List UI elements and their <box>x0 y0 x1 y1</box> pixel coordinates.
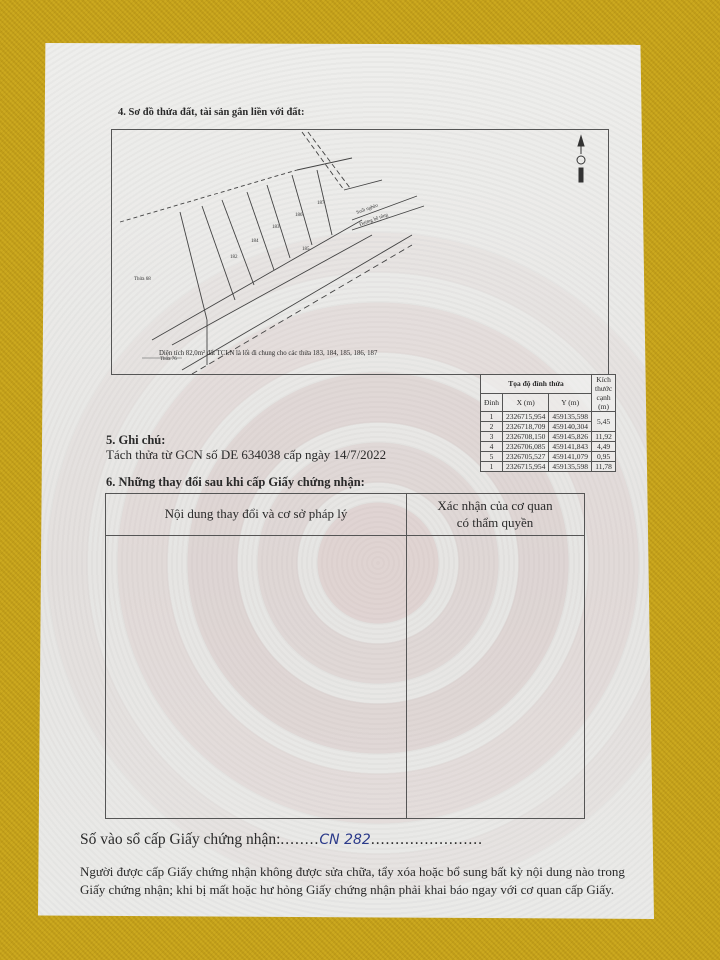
table-row: 32326708,150459145,82611,92 <box>481 432 616 442</box>
handwritten-registry-number: CN 282 <box>319 832 370 848</box>
changes-col-content: Nội dung thay đổi và cơ sở pháp lý <box>106 506 406 522</box>
changes-col-confirmation: Xác nhận của cơ quan có thẩm quyền <box>406 497 584 531</box>
north-arrow-icon <box>577 136 585 182</box>
svg-text:185: 185 <box>302 247 310 252</box>
parcel-diagram-box: 182 184 183 186 187 185 Thửa 68 Thửa 76 … <box>111 129 609 375</box>
svg-text:182: 182 <box>230 255 238 260</box>
area-note: Diện tích 82,0m² đất TCLN là lối đi chun… <box>159 350 377 357</box>
svg-text:186: 186 <box>295 213 303 218</box>
certificate-warning: Người được cấp Giấy chứng nhận không đượ… <box>80 863 640 899</box>
section-6-title: 6. Những thay đổi sau khi cấp Giấy chứng… <box>106 475 365 490</box>
table-row: 52326705,527459141,0790,95 <box>481 452 616 462</box>
parcel-map: 182 184 183 186 187 185 Thửa 68 Thửa 76 … <box>112 130 608 374</box>
table-row: 12326715,954459135,59811,78 <box>481 462 616 472</box>
svg-text:Thửa 76: Thửa 76 <box>160 357 177 362</box>
section-5-note: Tách thửa từ GCN số DE 634038 cấp ngày 1… <box>106 447 386 463</box>
land-certificate-page: 4. Sơ đồ thửa đất, tài sản gắn liền với … <box>38 43 654 919</box>
svg-text:184: 184 <box>251 239 259 244</box>
svg-text:Đường bê tông: Đường bê tông <box>359 213 389 228</box>
table-row: 12326715,954459135,5985,45 <box>481 412 616 422</box>
registry-number-line: Số vào sổ cấp Giấy chứng nhận:........CN… <box>80 831 483 849</box>
svg-text:183: 183 <box>272 225 280 230</box>
svg-text:Thửa 68: Thửa 68 <box>134 277 151 282</box>
table-row: 42326706,085459141,8434,49 <box>481 442 616 452</box>
changes-table: Nội dung thay đổi và cơ sở pháp lý Xác n… <box>105 493 585 819</box>
svg-text:187: 187 <box>317 201 325 206</box>
section-4-title: 4. Sơ đồ thửa đất, tài sản gắn liền với … <box>118 107 305 118</box>
section-5-title: 5. Ghi chú: <box>106 433 165 448</box>
vertex-coordinate-table: Tọa độ đỉnh thửa Kích thước cạnh (m) Đỉn… <box>480 374 616 472</box>
